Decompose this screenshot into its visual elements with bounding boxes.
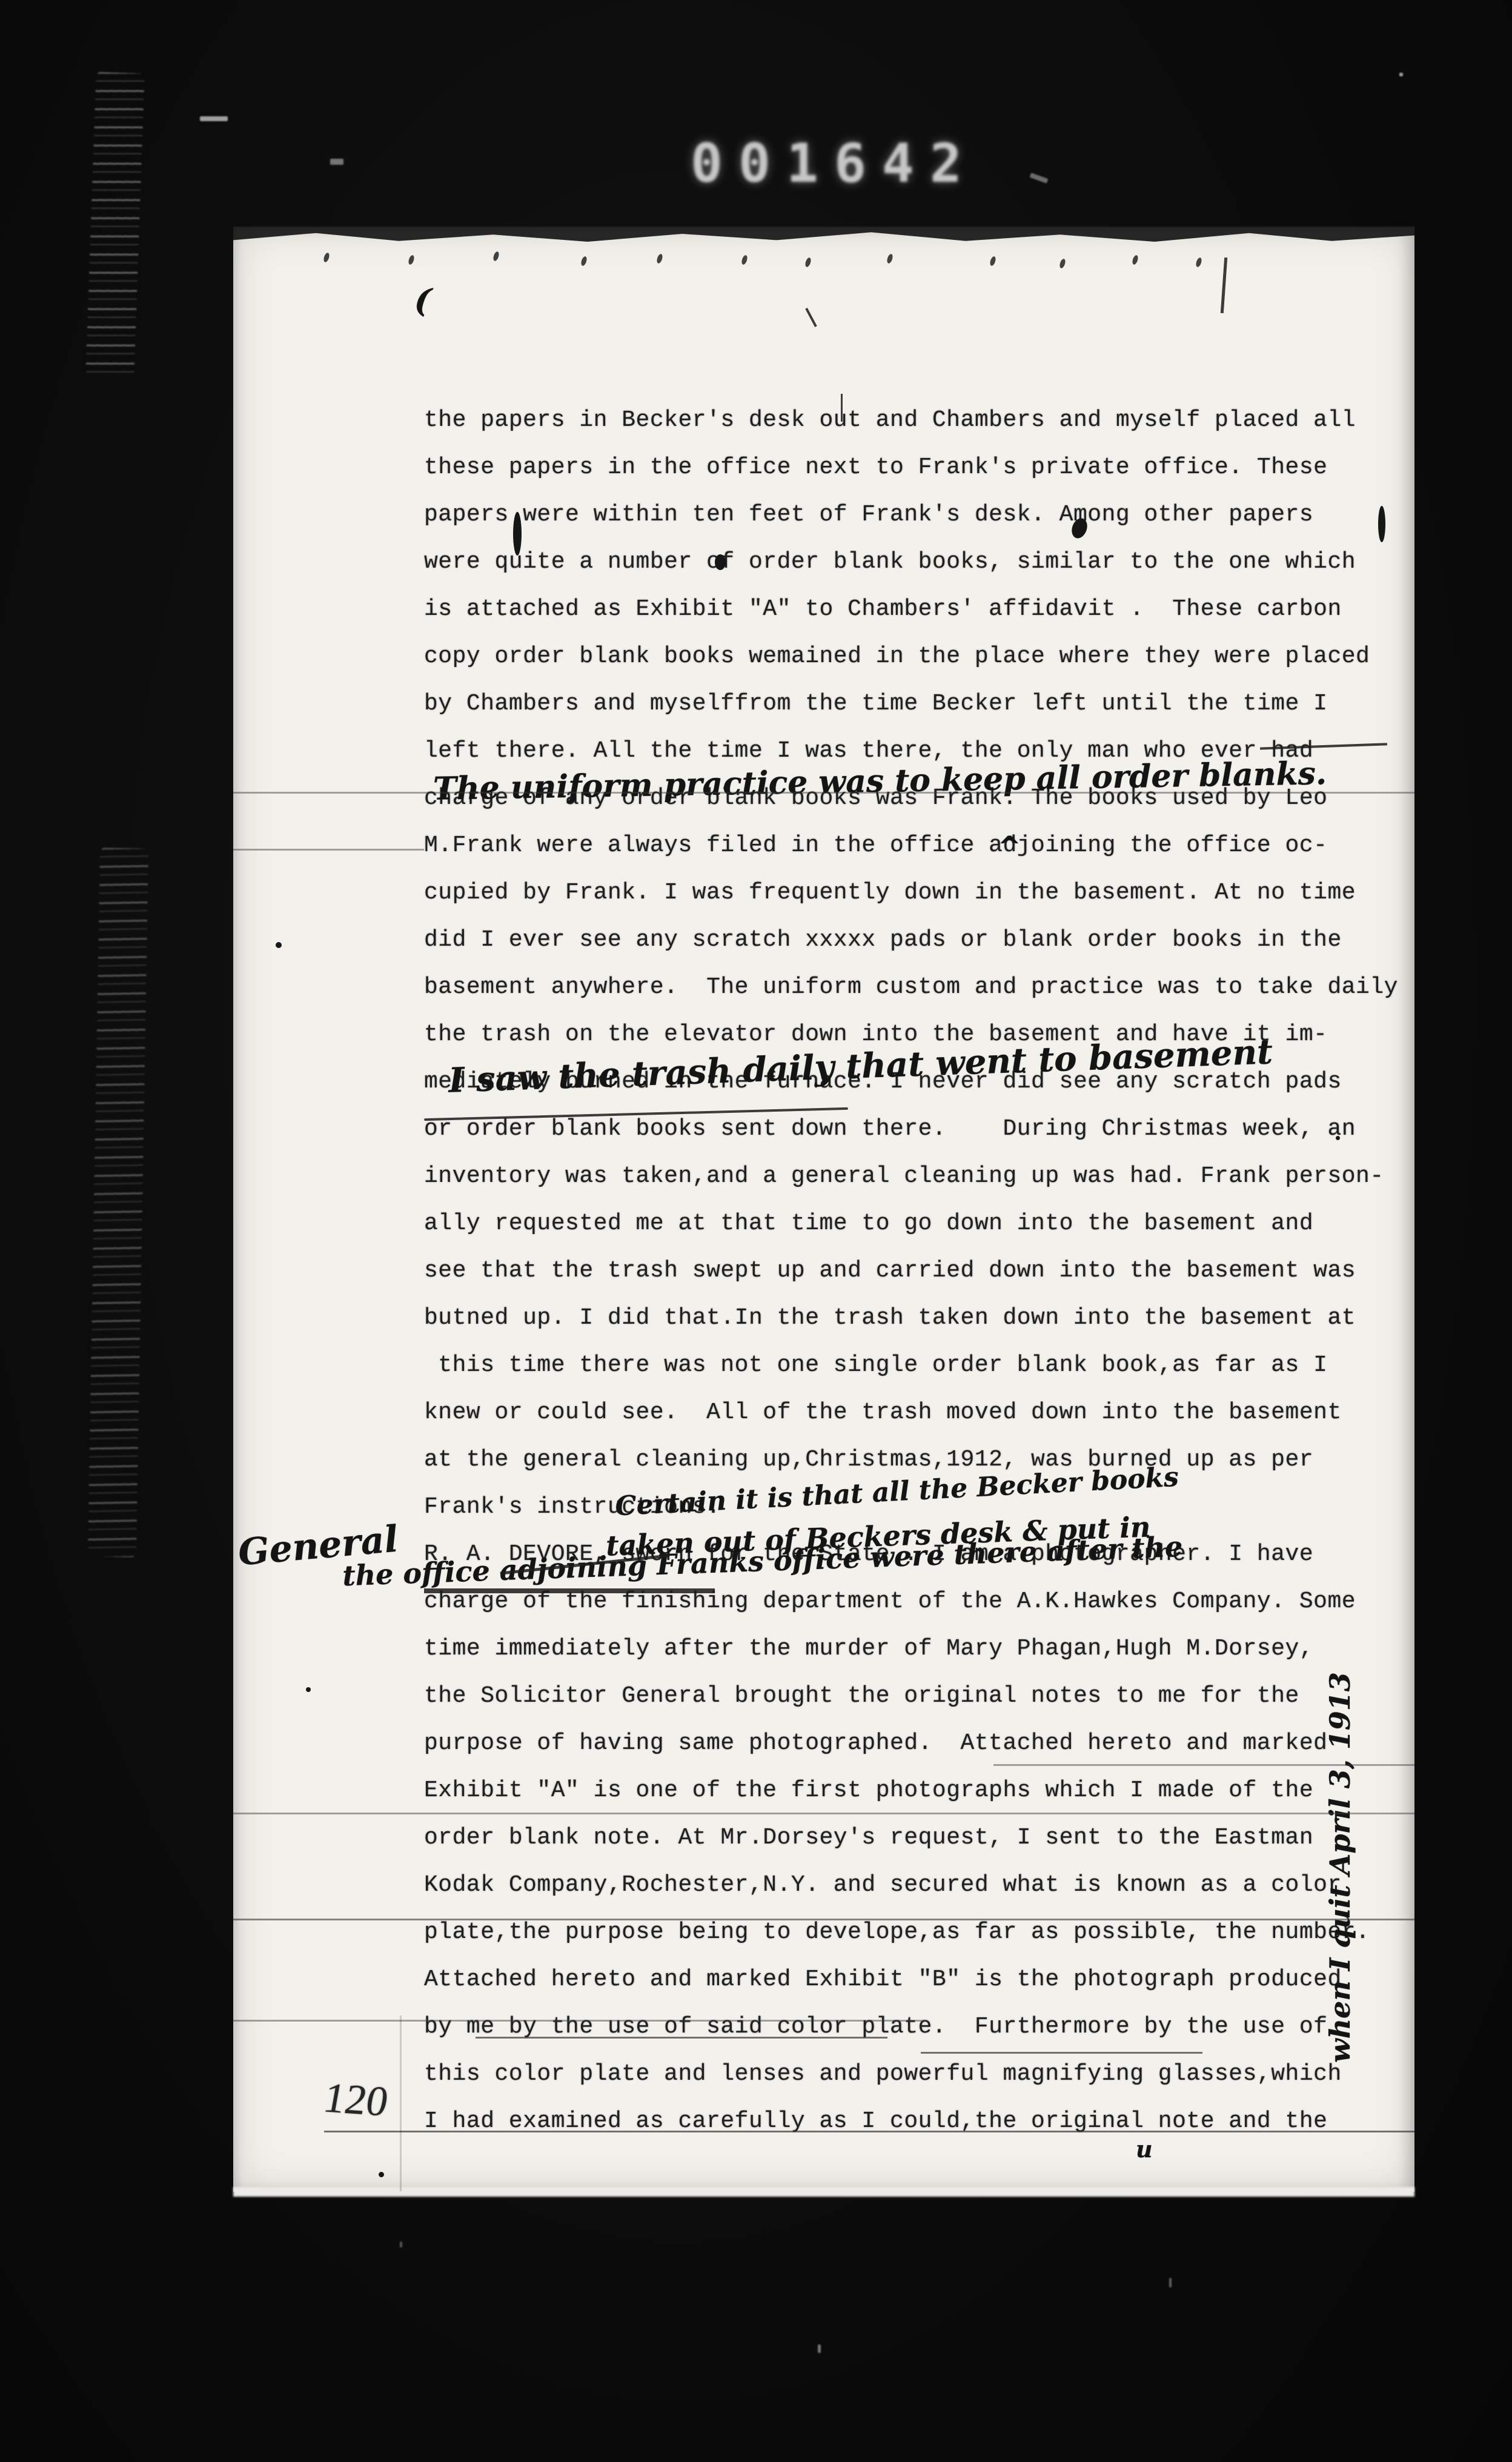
typed-line: or order blank books sent down there. Du…: [424, 1116, 1417, 1163]
film-frame-number-stamp: 001642: [691, 132, 978, 194]
caret-insertion-mark: ^: [998, 830, 1021, 863]
typed-line: butned up. I did that.In the trash taken…: [424, 1305, 1417, 1352]
typed-line: see that the trash swept up and carried …: [424, 1258, 1417, 1305]
torn-paper-edge: [233, 226, 1414, 242]
typed-line: these papers in the office next to Frank…: [424, 454, 1417, 502]
page-number: 120: [320, 2074, 392, 2127]
scan-line: [993, 1764, 1414, 1766]
small-pen-mark: u: [1136, 2135, 1153, 2163]
microfilm-scan: 001642 the papers in Becker's desk out a…: [0, 0, 1512, 2462]
ink-blot: [306, 1687, 311, 1692]
scan-line: [233, 1813, 1414, 1814]
ink-blot: [276, 942, 282, 948]
typed-line: inventory was taken,and a general cleani…: [424, 1163, 1417, 1210]
typed-line: by Chambers and myselffrom the time Beck…: [424, 691, 1417, 738]
ink-blot: [1336, 1136, 1340, 1140]
typed-line: the Solicitor General brought the origin…: [424, 1683, 1417, 1730]
typed-line: order blank note. At Mr.Dorsey's request…: [424, 1825, 1417, 1872]
paper-fold-line: [400, 2016, 402, 2191]
scan-line: [233, 2020, 927, 2022]
typed-line: M.Frank were always filed in the office …: [424, 832, 1417, 880]
underline-color-plate: [476, 2037, 887, 2039]
typed-line: the papers in Becker's desk out and Cham…: [424, 407, 1417, 454]
ink-blot: [1378, 506, 1385, 542]
devore-underline: [424, 1588, 715, 1593]
typed-line: copy order blank books wemained in the p…: [424, 643, 1417, 691]
stray-ink-tick: [805, 308, 817, 327]
film-scratch-dash: [330, 159, 343, 165]
typed-line: charge of the finishing department of th…: [424, 1588, 1417, 1636]
typed-line: basement anywhere. The uniform custom an…: [424, 974, 1417, 1021]
typed-line: ally requested me at that time to go dow…: [424, 1210, 1417, 1258]
handwritten-vertical-margin-note: when I quit April 3, 1913: [1324, 1530, 1356, 2063]
stray-ink-stroke: [1221, 257, 1227, 313]
film-speck: [1399, 73, 1403, 76]
typed-line: time immediately after the murder of Mar…: [424, 1636, 1417, 1683]
film-scratch-dash: [200, 116, 228, 121]
film-edge-scratches-top: [85, 72, 144, 376]
typed-line: knew or could see. All of the trash move…: [424, 1399, 1417, 1447]
typed-line: this color plate and lenses and powerful…: [424, 2061, 1417, 2108]
stray-ink-paren-mark: (: [413, 280, 433, 320]
stray-ink-tick: [841, 394, 843, 422]
typed-text-block: the papers in Becker's desk out and Cham…: [424, 407, 1417, 2155]
scan-line: [324, 2131, 1414, 2132]
paper-bottom-edge: [233, 2187, 1414, 2197]
film-speck: [1169, 2278, 1172, 2288]
typed-line: Exhibit "A" is one of the first photogra…: [424, 1777, 1417, 1825]
typed-line: is attached as Exhibit "A" to Chambers' …: [424, 596, 1417, 643]
document-page: the papers in Becker's desk out and Cham…: [233, 227, 1414, 2192]
typed-line: Kodak Company,Rochester,N.Y. and secured…: [424, 1872, 1417, 1919]
typed-line: cupied by Frank. I was frequently down i…: [424, 880, 1417, 927]
film-speck: [818, 2344, 821, 2353]
typed-line: papers were within ten feet of Frank's d…: [424, 502, 1417, 549]
typed-line: this time there was not one single order…: [424, 1352, 1417, 1399]
film-scratch-dash: [1030, 173, 1049, 184]
film-edge-scratches-middle: [88, 848, 148, 1557]
scan-line: [233, 1919, 1414, 1920]
film-speck: [400, 2241, 402, 2248]
typed-line: purpose of having same photographed. Att…: [424, 1730, 1417, 1777]
scan-line: [233, 849, 424, 851]
ink-blot: [715, 554, 726, 570]
underline-furthermore: [921, 2052, 1202, 2054]
typed-line: Attached hereto and marked Exhibit "B" i…: [424, 1966, 1417, 2014]
typed-line: plate,the purpose being to develope,as f…: [424, 1919, 1417, 1966]
ink-blot: [513, 512, 522, 556]
typed-line: did I ever see any scratch xxxxx pads or…: [424, 927, 1417, 974]
ink-blot: [379, 2172, 384, 2177]
typed-line: were quite a number of order blank books…: [424, 549, 1417, 596]
scan-line: [233, 792, 1414, 794]
